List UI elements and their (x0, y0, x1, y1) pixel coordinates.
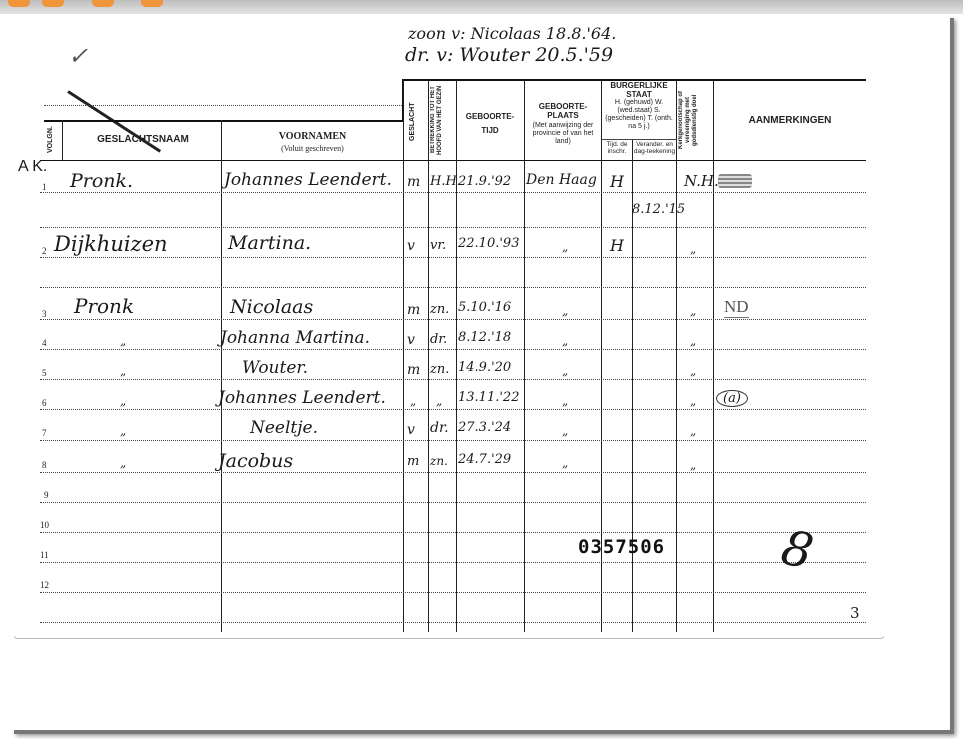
family-registration-card: zoon v: Nicolaas 18.8.'64. dr. v: Wouter… (10, 22, 880, 642)
birth-date: 14.9.'20 (458, 360, 511, 375)
church: „ (690, 242, 696, 256)
header-top-rule-left (44, 120, 402, 122)
col-header-geslachtsnaam: GESLACHTSNAAM (68, 135, 218, 144)
scanned-card-page: zoon v: Nicolaas 18.8.'64. dr. v: Wouter… (10, 14, 950, 730)
row-number: 7 (42, 428, 47, 438)
relation: dr. (430, 420, 449, 436)
row-line (40, 227, 866, 228)
birth-place: Den Haag (526, 172, 597, 188)
col-header-volgn: VOLGN. (47, 124, 55, 156)
birth-place: „ (562, 424, 568, 438)
header-bottom-rule (40, 160, 866, 161)
birth-date: 5.10.'16 (458, 300, 511, 315)
sex: m (407, 302, 420, 318)
corner-mark: A K. (18, 158, 47, 176)
row-number: 11 (40, 550, 49, 560)
church: N.H. (684, 172, 719, 190)
card-edge (14, 636, 884, 639)
row-number: 2 (42, 246, 47, 256)
toolbar-button-1[interactable] (8, 0, 30, 7)
row-line (40, 287, 866, 288)
row-line (40, 532, 866, 533)
birth-place: „ (562, 456, 568, 470)
col-header-voornamen-sub: (Voluit geschreven) (222, 144, 403, 153)
row-number: 8 (42, 460, 47, 470)
serial-number: 0357506 (578, 536, 665, 558)
relation: H.H. (430, 174, 461, 189)
row-line (40, 349, 866, 350)
col-header-betrekking: BETREKKING TOT HET HOOFD VAN HET GEZIN (430, 82, 454, 158)
col-header-geboortetijd: GEBOORTE-TIJD (458, 110, 522, 138)
sex: v (407, 422, 415, 438)
given-names: Johannes Leendert. (218, 388, 386, 408)
given-names: Nicolaas (230, 296, 313, 318)
page-mark: 3 (850, 604, 860, 622)
surname: „ (120, 334, 126, 348)
sex: m (407, 454, 419, 469)
col-header-kerkgenootschap: Kerkgenootschap of vereeniging met godsd… (678, 82, 711, 158)
col-header-geboorteplaats-sub: (Met aanwijzing der provincie of van het… (526, 122, 600, 146)
row-line (40, 440, 866, 441)
row-number: 3 (42, 309, 47, 319)
relation: „ (436, 394, 442, 408)
surname: Pronk. (70, 170, 133, 192)
col-divider (428, 79, 429, 632)
sex: m (407, 362, 420, 378)
surname: „ (120, 394, 126, 408)
toolbar-button-3[interactable] (92, 0, 114, 7)
church: „ (690, 458, 696, 472)
surname: Pronk (74, 294, 134, 318)
row-line (40, 319, 866, 320)
birth-date: 8.12.'18 (458, 330, 511, 345)
given-names: Johanna Martina. (220, 328, 370, 348)
col-divider (62, 120, 63, 160)
col-divider (676, 79, 677, 632)
col-divider (713, 79, 714, 632)
civil-status: H (610, 172, 624, 191)
church: „ (690, 334, 696, 348)
birth-date: 13.11.'22 (458, 390, 519, 405)
given-names: Neeltje. (250, 418, 318, 438)
row-number: 1 (42, 182, 47, 192)
row-number: 10 (40, 520, 49, 530)
church: „ (690, 304, 696, 318)
relation: zn. (430, 362, 449, 377)
church: „ (690, 424, 696, 438)
row-line (40, 472, 866, 473)
remark-circled-a: (a) (716, 390, 748, 407)
header-note-line2: dr. v: Wouter 20.5.'59 (405, 44, 613, 66)
birth-date: 21.9.'92 (458, 174, 511, 189)
birth-place: „ (562, 334, 568, 348)
given-names: Johannes Leendert. (224, 170, 392, 190)
row-number: 12 (40, 580, 49, 590)
stamp-icon (718, 174, 752, 188)
birth-date: 24.7.'29 (458, 452, 511, 467)
row-number: 6 (42, 398, 47, 408)
checkmark-icon: ✓ (68, 42, 88, 70)
row-line (40, 192, 866, 193)
sex: v (407, 332, 415, 348)
surname: „ (120, 424, 126, 438)
row-line (40, 257, 866, 258)
row-line (40, 562, 866, 563)
birth-place: „ (562, 240, 568, 254)
birth-place: „ (562, 364, 568, 378)
church: „ (690, 394, 696, 408)
col-divider (403, 79, 404, 632)
relation: vr. (430, 238, 446, 253)
row-line (40, 502, 866, 503)
surname: „ (120, 364, 126, 378)
toolbar-button-2[interactable] (42, 0, 64, 7)
col-header-tijd-inschr: Tijd. de inschr. (602, 141, 632, 155)
relation: zn. (430, 302, 449, 317)
row-number: 4 (42, 338, 47, 348)
relation: dr. (430, 332, 447, 347)
status-change-date: 8.12.'15 (632, 202, 685, 217)
col-divider (221, 120, 222, 632)
given-names: Wouter. (242, 358, 308, 378)
sex: „ (410, 394, 416, 408)
col-header-geboorteplaats: GEBOORTE-PLAATS (526, 102, 600, 120)
row-number: 5 (42, 368, 47, 378)
relation: zn. (430, 454, 448, 468)
col-header-voornamen: VOORNAMEN (222, 132, 403, 141)
header-dotted-line (44, 105, 402, 106)
birth-date: 27.3.'24 (458, 420, 511, 435)
margin-mark: 8 (777, 519, 819, 580)
church: „ (690, 364, 696, 378)
row-line (40, 379, 866, 380)
header-note-line1: zoon v: Nicolaas 18.8.'64. (408, 24, 616, 43)
row-line (40, 592, 866, 593)
subheader-rule (601, 139, 676, 140)
given-names: Martina. (228, 232, 311, 254)
civil-status: H (610, 236, 624, 255)
col-header-burgerlijke-staat: BURGERLIJKE STAAT (602, 81, 676, 99)
surname: „ (120, 456, 126, 470)
col-divider (456, 79, 457, 632)
col-divider (524, 79, 525, 632)
row-number: 9 (44, 490, 49, 500)
birth-place: „ (562, 304, 568, 318)
surname: Dijkhuizen (54, 232, 168, 256)
sex: v (407, 238, 415, 254)
remark-stamp-nd: ND (724, 297, 749, 318)
col-header-geslacht: GESLACHT (409, 92, 417, 152)
row-line (40, 409, 866, 410)
birth-date: 22.10.'93 (458, 236, 519, 251)
row-line (40, 622, 866, 623)
sex: m (407, 174, 420, 190)
col-header-burgerlijke-staat-sub: H. (gehuwd) W. (wed.staat) S. (gescheide… (602, 99, 676, 131)
viewer-toolbar (0, 0, 963, 14)
col-header-verander: Verander. en dag-teekening (633, 141, 676, 155)
col-header-aanmerkingen: AANMERKINGEN (714, 116, 866, 125)
given-names: Jacobus (218, 450, 293, 472)
birth-place: „ (562, 394, 568, 408)
toolbar-button-4[interactable] (141, 0, 163, 7)
